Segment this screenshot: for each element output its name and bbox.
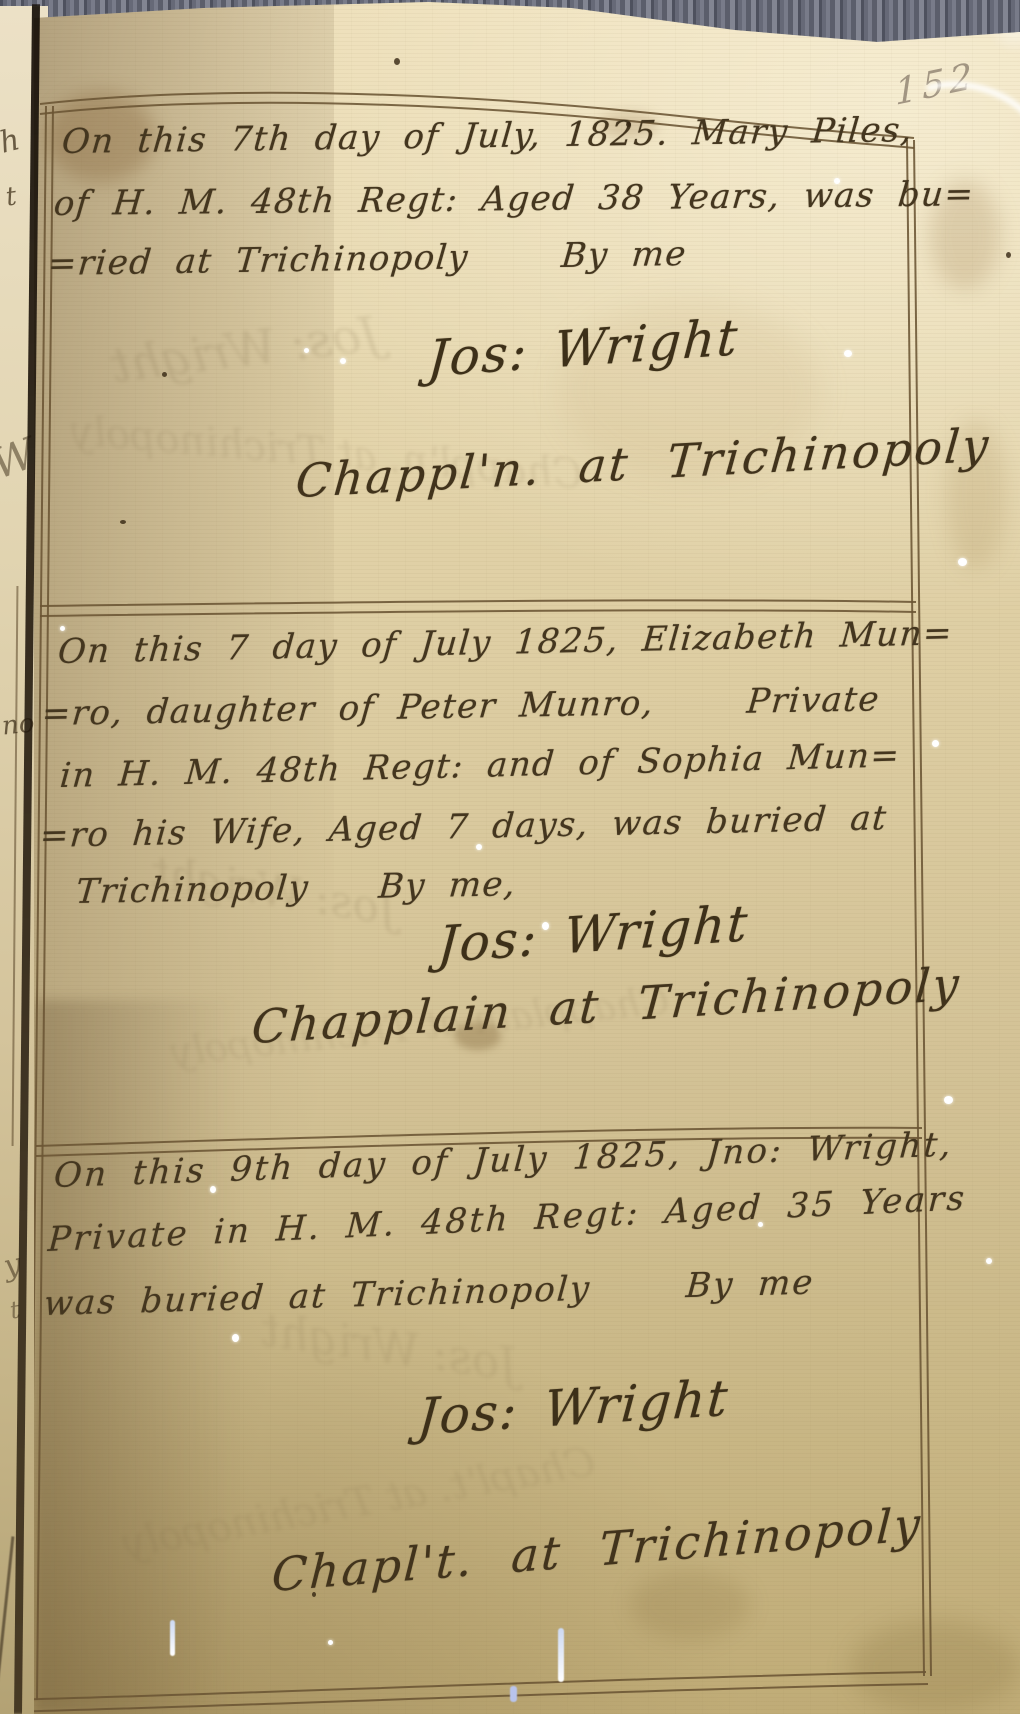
entry1-signature-title: Chappl'n. at Trichinopoly: [294, 417, 993, 508]
ink-spot: [626, 122, 631, 127]
paper-speck: [986, 1258, 992, 1264]
entry2-line5: Trichinopoly By me,: [74, 864, 518, 912]
separator-1-lower: [40, 610, 916, 616]
previous-page-rule-line: [12, 586, 19, 1146]
ink-spot: [120, 520, 126, 524]
paper-speck: [60, 626, 65, 631]
register-page: Jos: Wright Chappl'n. at Trichinopoly Jo…: [0, 0, 1020, 1714]
paper-speck: [476, 844, 482, 850]
paper-speck: [958, 558, 967, 566]
paper-speck: [340, 358, 346, 364]
margin-ink-fragment: h: [0, 122, 23, 161]
separator-1-upper: [40, 600, 916, 606]
entry2-line4: =ro his Wife, Aged 7 days, was buried at: [38, 798, 889, 856]
paper-fiber: [170, 1620, 175, 1656]
margin-ink-fragment: t: [4, 181, 19, 212]
frame-right-outer: [914, 140, 931, 1676]
paper-speck: [304, 348, 309, 353]
entry2-line2: =ro, daughter of Peter Munro, Private: [40, 679, 881, 734]
paper-fiber: [510, 1686, 517, 1702]
paper-speck: [834, 178, 840, 184]
entry2-signature-name: Jos: Wright: [436, 894, 751, 974]
entry1-line1: On this 7th day of July, 1825. Mary Pile…: [60, 110, 915, 162]
frame-bottom-outer: [8, 1684, 928, 1712]
bleedthrough-text: Jos: Wright: [108, 306, 383, 395]
frame-bottom-inner: [8, 1672, 926, 1700]
entry2-line1: On this 7 day of July 1825, Elizabeth Mu…: [56, 613, 954, 672]
ink-spot: [1006, 252, 1011, 258]
entry3-signature-name: Jos: Wright: [416, 1369, 732, 1446]
paper-speck: [944, 1096, 953, 1104]
paper-speck: [328, 1640, 333, 1645]
ink-spot: [394, 58, 400, 65]
entry1-signature-name: Jos: Wright: [426, 308, 741, 388]
ink-spot: [162, 372, 167, 377]
paper-speck: [844, 350, 852, 357]
frame-left-inner: [37, 106, 53, 1700]
entry3-line3: was buried at Trichinopoly By me: [42, 1262, 816, 1324]
paper-stain: [850, 1620, 1020, 1714]
paper-stain: [630, 1570, 750, 1640]
paper-speck: [542, 922, 549, 930]
paper-fiber: [558, 1628, 564, 1682]
page-curl-shadow-lower: [34, 1000, 274, 1714]
photo-scene: h t W no y t Jos: Wright Chappl'n. at Tr…: [0, 0, 1020, 1714]
paper-speck: [932, 740, 939, 747]
entry3-signature-title: Chapl't. at Trichinopoly: [270, 1497, 924, 1603]
frame-right-inner: [907, 140, 924, 1676]
entry1-line3: =ried at Trichinopoly By me: [46, 234, 688, 284]
paper-speck: [232, 1334, 239, 1342]
entry2-line3: in H. M. 48th Regt: and of Sophia Mun=: [58, 735, 902, 796]
ink-spot: [312, 1592, 316, 1597]
paper-speck: [210, 1186, 216, 1193]
entry2-signature-title: Chapplain at Trichinopoly: [250, 956, 963, 1054]
paper-speck: [758, 1222, 763, 1227]
